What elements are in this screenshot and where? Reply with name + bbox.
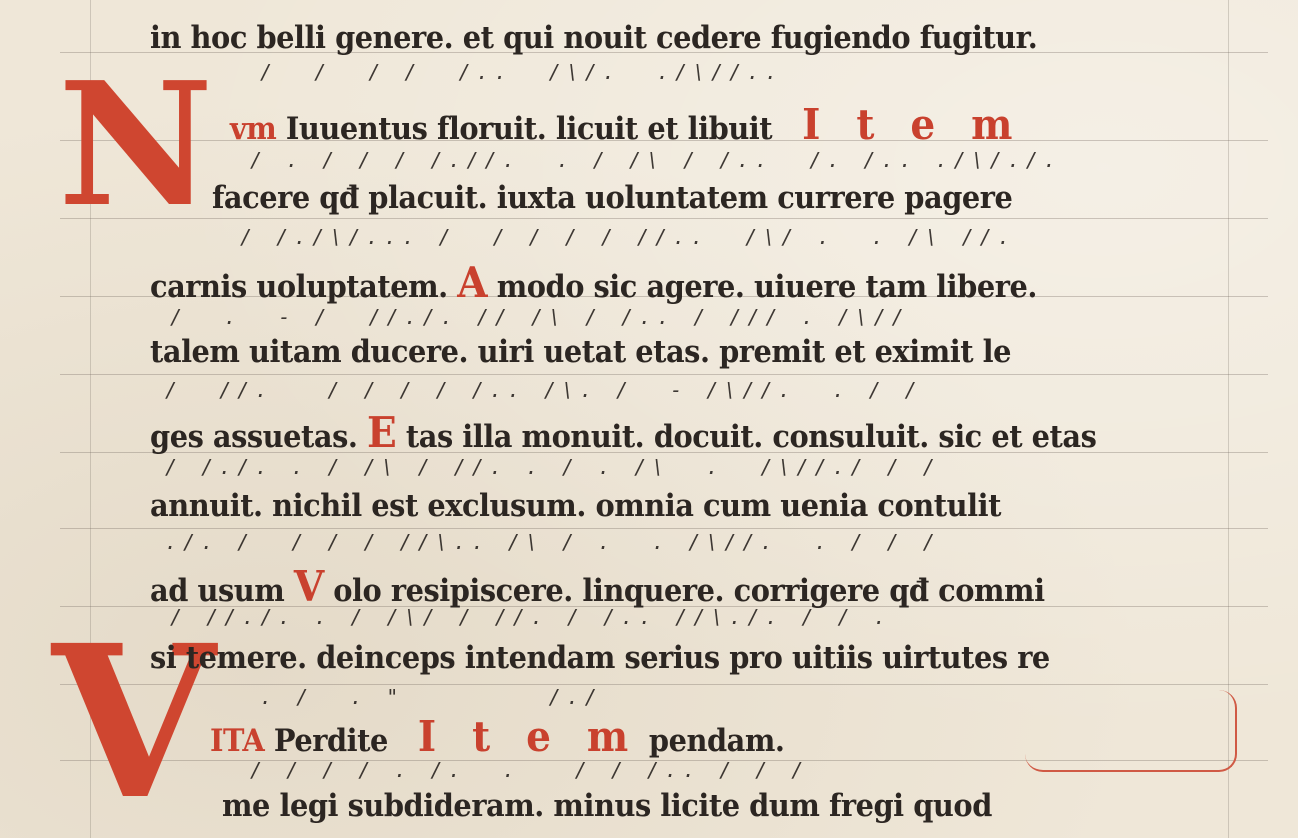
rubric-item: I t e m bbox=[802, 100, 1023, 149]
neume-row-8: / //./. . / /\/ / //. / /.. //\./. / / . bbox=[170, 605, 892, 629]
ruling-line bbox=[60, 374, 1268, 375]
neume-row-6: / /./. . / /\ / //. . / . /\ . /\//./ / … bbox=[165, 455, 941, 479]
ruling-line bbox=[60, 684, 1268, 685]
text-line-11: me legi subdideram. minus licite dum fre… bbox=[222, 788, 992, 824]
text-line-10: ITA Perdite I t e m pendam. bbox=[210, 712, 784, 761]
inline-initial-v: V bbox=[294, 562, 324, 611]
text-line-6: ges assuetas. E tas illa monuit. docuit.… bbox=[150, 408, 1096, 457]
text-line-9: si temere. deinceps intendam serius pro … bbox=[150, 640, 1050, 676]
text-line-3: facere qđ placuit. iuxta uoluntatem curr… bbox=[212, 180, 1012, 216]
neume-row-10: / / / / . /. . / / /.. / / / bbox=[250, 758, 809, 782]
decorated-initial-n: N bbox=[58, 60, 213, 230]
neume-row-1: / / / / /.. /\/. ./\//.. bbox=[260, 60, 783, 84]
red-letters: vm bbox=[230, 111, 276, 147]
inline-initial-a: A bbox=[457, 258, 487, 307]
inline-initial-e: E bbox=[367, 408, 396, 457]
neume-row-4: / . - / //./. // /\ / /.. / /// . /\// bbox=[170, 305, 910, 329]
neume-row-5: / //. / / / / /.. /\. / - /\//. . / / bbox=[165, 378, 923, 402]
neume-row-9: . / . " /./ bbox=[260, 685, 603, 709]
text-line-2: vm Iuuentus floruit. licuit et libuit I … bbox=[230, 100, 1024, 149]
text-line-5: talem uitam ducere. uiri uetat etas. pre… bbox=[150, 334, 1011, 370]
neume-row-7: ./. / / / / //\.. /\ / . . /\//. . / / / bbox=[165, 530, 941, 554]
text-line-8: ad usum V olo resipiscere. linquere. cor… bbox=[150, 562, 1045, 611]
text-line-4: carnis uoluptatem. A modo sic agere. uiu… bbox=[150, 258, 1037, 307]
neume-row-3: / /./\/... / / / / / //.. /\/ . . /\ //. bbox=[240, 225, 1016, 249]
red-letters: ITA bbox=[210, 723, 264, 759]
red-flourish-decoration bbox=[1025, 690, 1237, 772]
ruling-line bbox=[60, 528, 1268, 529]
manuscript-page: N V in hoc belli genere. et qui nouit ce… bbox=[0, 0, 1298, 838]
text-line-1: in hoc belli genere. et qui nouit cedere… bbox=[150, 20, 1037, 56]
text-line-7: annuit. nichil est exclusum. omnia cum u… bbox=[150, 488, 1001, 524]
ruling-line bbox=[60, 218, 1268, 219]
rubric-item: I t e m bbox=[418, 712, 639, 761]
neume-row-2: / . / / / /.//. . / /\ / /.. /. /.. ./\/… bbox=[250, 148, 1062, 172]
